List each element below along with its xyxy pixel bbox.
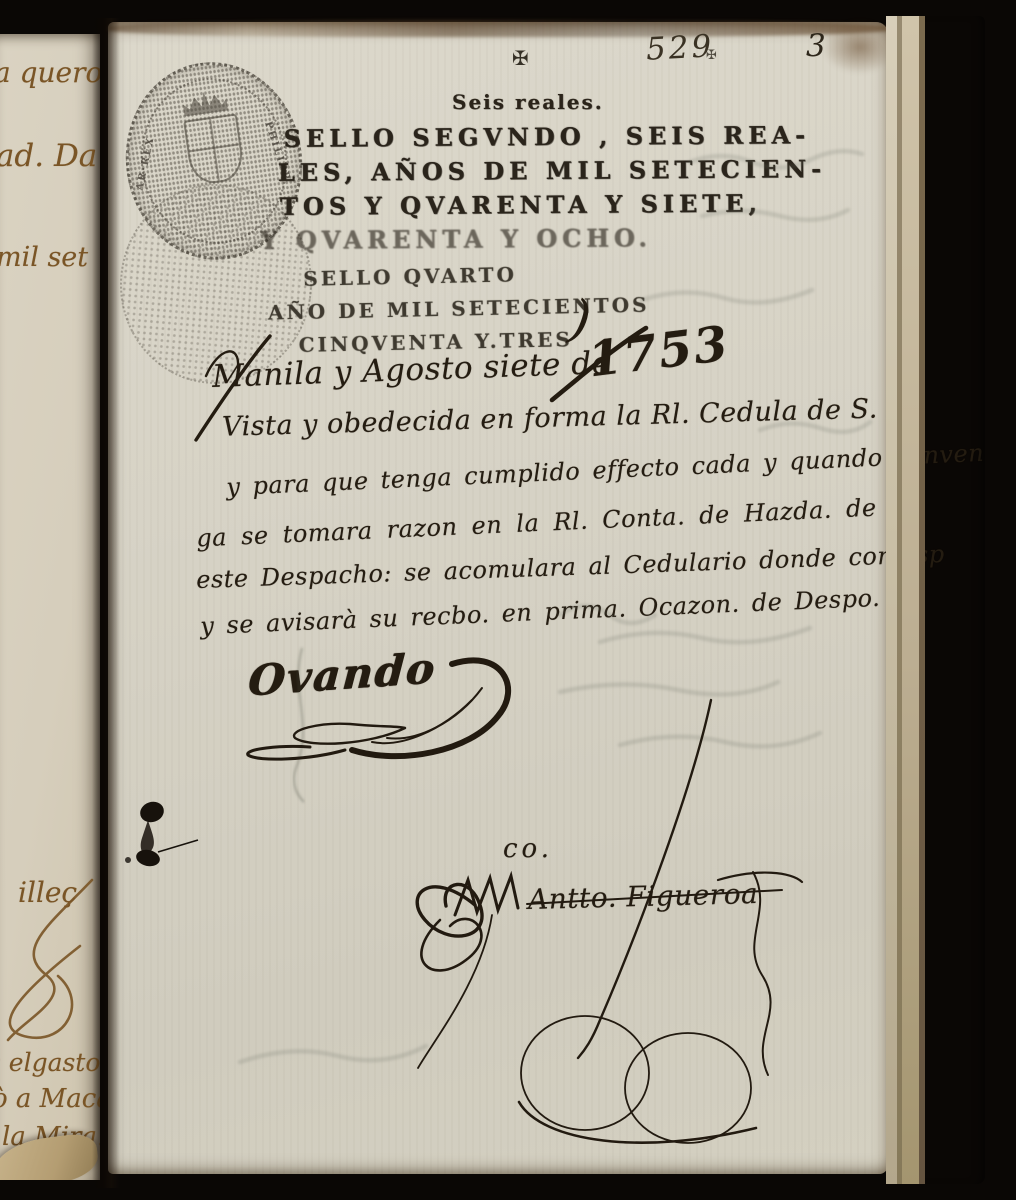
stamp-line: LES, AÑOS DE MIL SETECIEN-	[278, 152, 814, 190]
book-page-edges	[886, 16, 985, 1184]
document-page: ✠ 529 ✠ 3 Seis reales. AR·REX PHILIPP SE…	[108, 22, 888, 1174]
book-gutter-shadow	[92, 18, 120, 1188]
manuscript-line: Vista y obedecida en forma la Rl. Cedula…	[222, 392, 925, 443]
cross-ornament-icon: ✠	[706, 48, 717, 63]
page-number: 3	[806, 28, 826, 64]
stamp-line: TOS Y QVARENTA Y SIETE,	[280, 186, 814, 224]
manuscript-line: y para que tenga cumplido effecto cada y…	[226, 439, 985, 501]
fiscal-value-label: Seis reales.	[452, 90, 604, 114]
signature-co-label: co.	[503, 834, 553, 864]
official-signature: Antto. Figueroa	[528, 877, 759, 916]
left-page-ink-flourish	[0, 34, 100, 1180]
manuscript-line: ga se tomara razon en la Rl. Conta. de H…	[196, 494, 878, 553]
previous-page-edge: a queros lad. Da mil set illeç s elgasto…	[0, 34, 100, 1180]
stamp-line: SELLO SEGVNDO , SEIS REA-	[284, 118, 814, 156]
page-edge-strip	[886, 16, 897, 1184]
sello-segundo-stamp: SELLO SEGVNDO , SEIS REA- LES, AÑOS DE M…	[284, 118, 815, 258]
cross-ornament-icon: ✠	[512, 46, 529, 70]
page-edge-strip	[902, 16, 919, 1184]
manuscript-line: y se avisarà su recbo. en prima. Ocazon.…	[200, 584, 881, 640]
top-edge-stain	[108, 20, 888, 37]
stamp-line: Y QVARENTA Y OCHO.	[260, 220, 814, 258]
parchment-cover-edge	[925, 16, 985, 1184]
folio-number: 529	[645, 28, 715, 68]
governor-rubric: Ovando	[247, 643, 438, 705]
